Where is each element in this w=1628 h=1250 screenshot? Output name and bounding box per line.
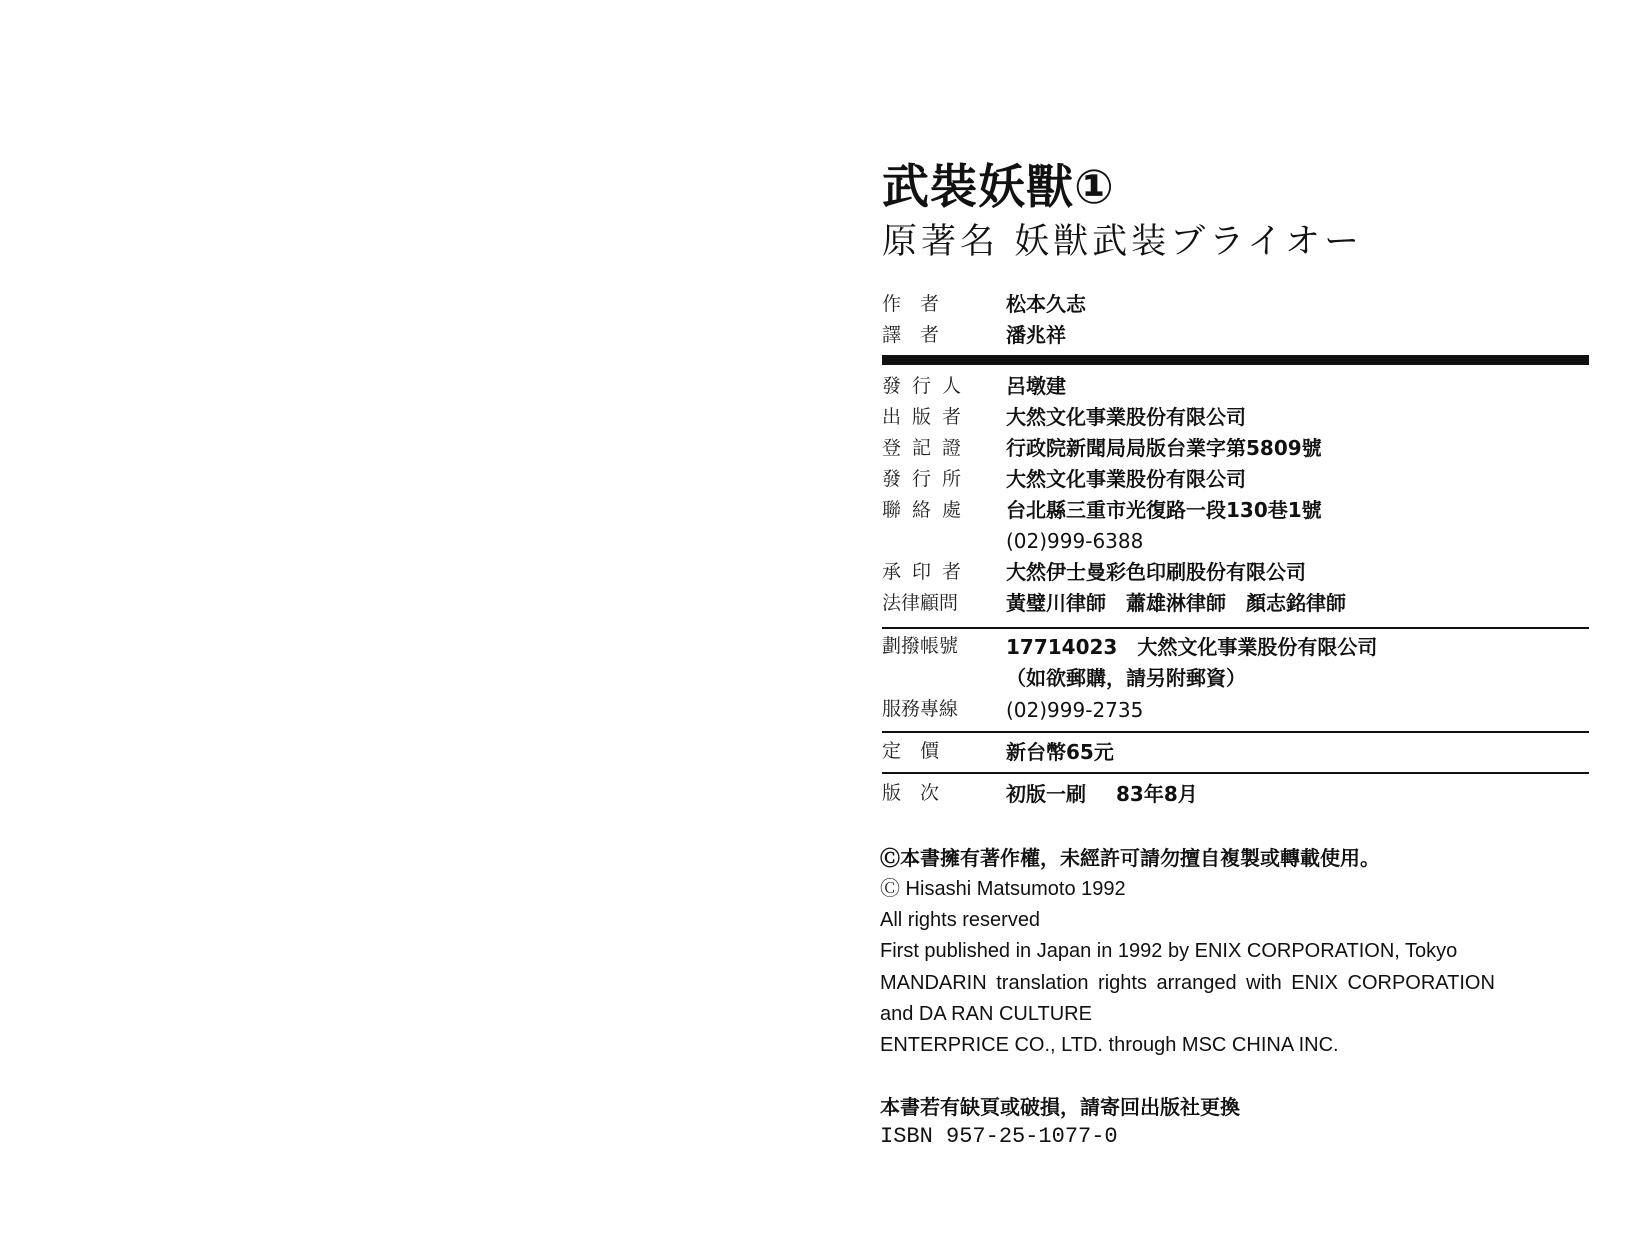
service-line-value: (02)999-2735 [1006,698,1143,722]
publisher-person-label: 發行人 [882,374,972,398]
publisher-value: 大然文化事業股份有限公司 [1006,405,1246,429]
author-label: 作 者 [882,292,939,316]
edition-value: 初版一刷 [1006,782,1086,806]
copyright-line: All rights reserved [880,907,1040,933]
copyright-line: Ⓒ Hisashi Matsumoto 1992 [880,876,1126,902]
contact-label: 聯絡處 [882,498,972,522]
copyright-line: First published in Japan in 1992 by ENIX… [880,938,1457,964]
original-title: 原著名 妖獣武装ブライオー [882,220,1363,264]
printer-value: 大然伊士曼彩色印刷股份有限公司 [1006,560,1306,584]
damage-notice: 本書若有缺頁或破損，請寄回出版社更換 [880,1094,1240,1120]
divider-1 [882,627,1589,629]
publisher-person-value: 呂墩建 [1006,374,1066,398]
copyright-notice-zh: Ⓒ本書擁有著作權，未經許可請勿擅自複製或轉載使用。 [880,845,1380,871]
author-value: 松本久志 [1006,292,1086,316]
left-page-blank [0,0,814,1250]
edition-date: 83年8月 [1116,782,1198,806]
publisher-label: 出版者 [882,405,972,429]
contact-address: 台北縣三重市光復路一段130巷1號 [1006,498,1322,522]
divider-2 [882,731,1589,733]
copyright-line: and DA RAN CULTURE [880,1001,1092,1027]
legal-counsel-value: 黃璧川律師 蕭雄淋律師 顏志銘律師 [1006,591,1346,615]
transfer-note: （如欲郵購，請另附郵資） [1006,666,1246,690]
distributor-value: 大然文化事業股份有限公司 [1006,467,1246,491]
distributor-label: 發行所 [882,467,972,491]
printer-label: 承印者 [882,560,972,584]
translator-value: 潘兆祥 [1006,323,1066,347]
book-title: 武裝妖獸① [882,160,1115,216]
divider-3 [882,772,1589,774]
transfer-account-label: 劃撥帳號 [882,634,958,658]
legal-counsel-label: 法律顧問 [882,591,958,615]
service-line-label: 服務專線 [882,697,958,721]
thick-divider [882,355,1589,365]
registration-label: 登記證 [882,436,972,460]
price-value: 新台幣65元 [1006,740,1114,764]
price-label: 定 價 [882,739,939,763]
edition-label: 版 次 [882,781,939,805]
isbn: ISBN 957-25-1077-0 [880,1124,1118,1150]
contact-phone: (02)999-6388 [1006,529,1143,553]
transfer-account-value: 17714023 大然文化事業股份有限公司 [1006,635,1377,659]
translator-label: 譯 者 [882,323,939,347]
copyright-line: MANDARIN translation rights arranged wit… [880,970,1495,996]
copyright-line: ENTERPRICE CO., LTD. through MSC CHINA I… [880,1032,1339,1058]
registration-value: 行政院新聞局局版台業字第5809號 [1006,436,1322,460]
